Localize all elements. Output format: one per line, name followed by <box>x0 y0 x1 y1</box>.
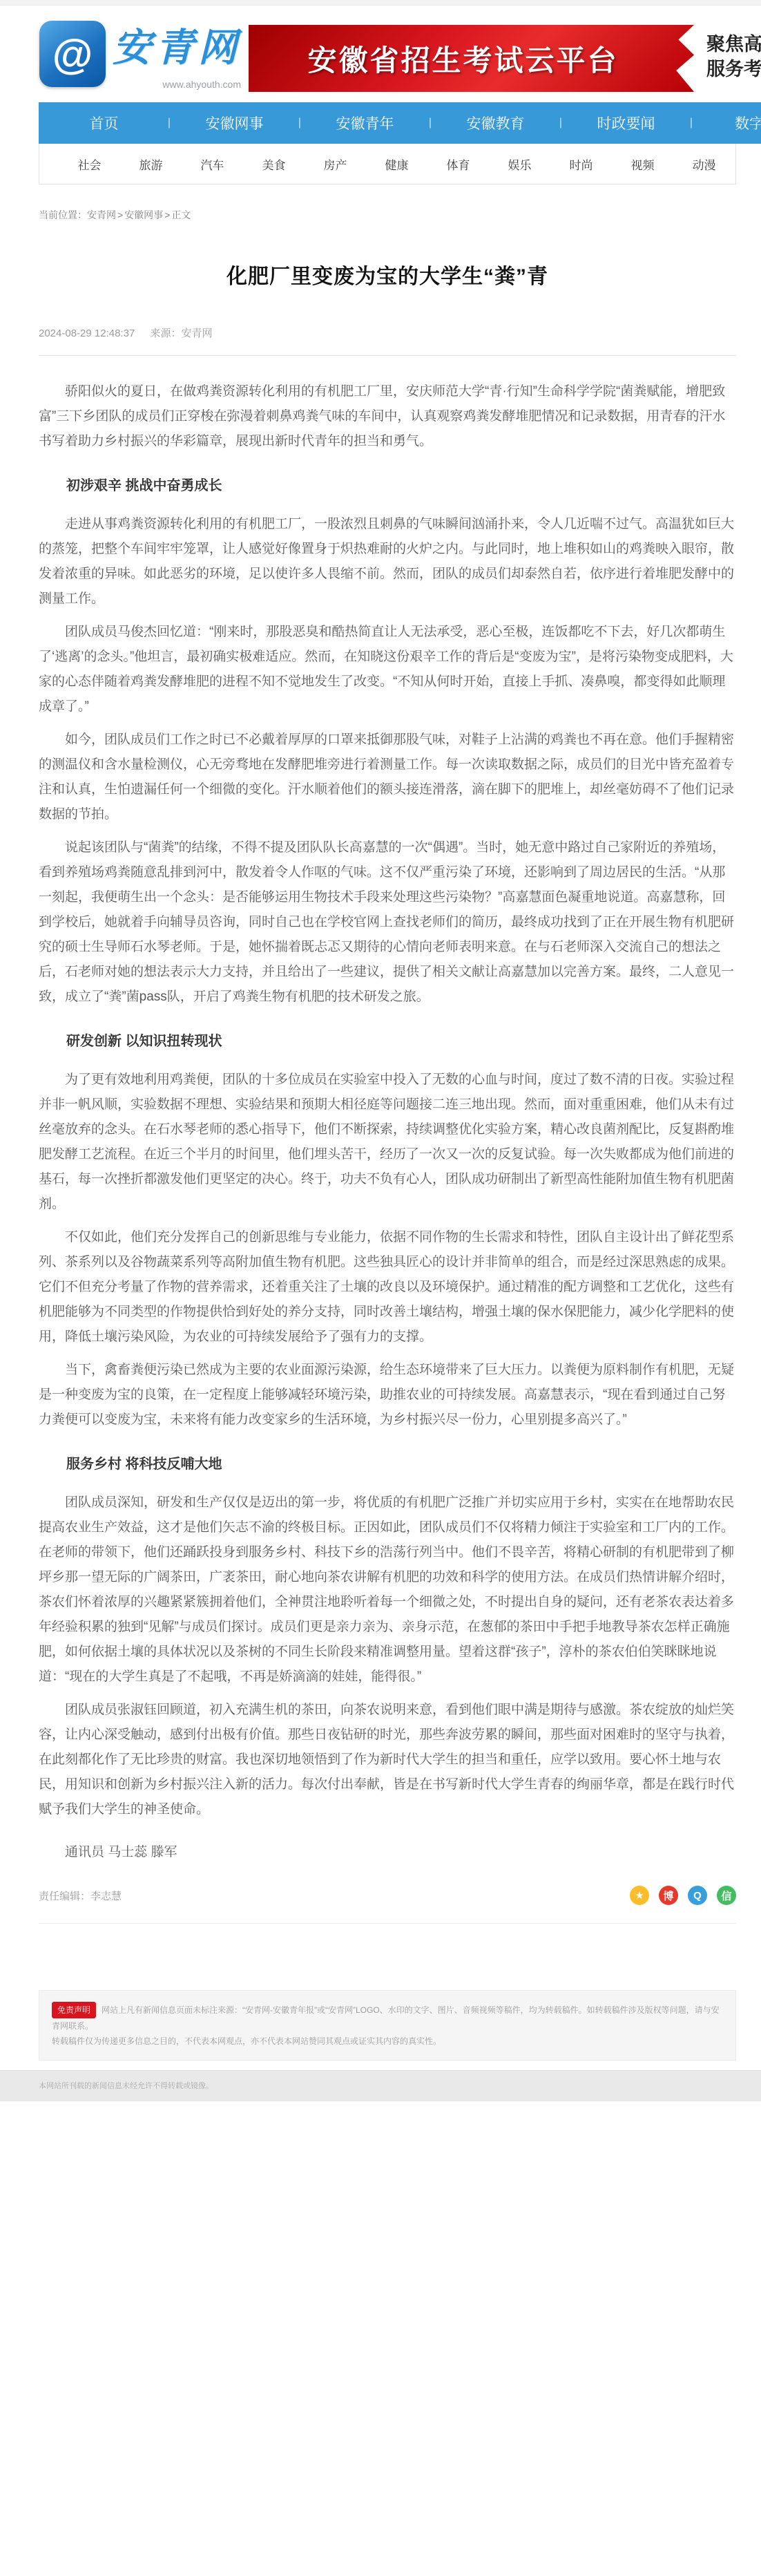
article-paragraph: 走进从事鸡粪资源转化利用的有机肥工厂，一股浓烈且刺鼻的气味瞬间汹涌扑来，令人几近… <box>39 512 736 612</box>
article-paragraph: 服务乡村 将科技反哺大地 <box>39 1452 736 1477</box>
sub-nav-item[interactable]: 动漫 <box>673 155 735 173</box>
article-date: 2024-08-29 12:48:37 <box>39 328 135 339</box>
disclaimer-box: 免责声明网站上凡有新闻信息页面未标注来源：“安青网-安徽青年报”或“安青网”LO… <box>39 1990 736 2061</box>
site-name: 安青网 <box>113 21 241 75</box>
disclaimer-line-1: 网站上凡有新闻信息页面未标注来源：“安青网-安徽青年报”或“安青网”LOGO、水… <box>52 2005 720 2031</box>
slogan-line-2: 服务考生 <box>706 57 761 82</box>
main-nav-item[interactable]: 数字报 <box>691 113 761 133</box>
main-nav-item[interactable]: 安徽青年 <box>300 113 430 133</box>
sub-nav: 社会 旅游 汽车 美食 房产 健康 体育 娱乐 时尚 视频 动漫 <box>39 144 736 184</box>
breadcrumb-links: 安青网安徽网事正文 <box>87 209 191 220</box>
logo-text: 安青网 www.ahyouth.com <box>113 21 241 90</box>
sub-nav-item[interactable]: 社会 <box>59 155 120 173</box>
article-paragraph: 团队成员马俊杰回忆道：“刚来时，那股恶臭和酷热简直让人无法承受，恶心至极，连饭都… <box>39 620 736 719</box>
article-paragraph: 团队成员张淑钰回顾道，初入充满生机的茶田，向茶农说明来意，看到他们眼中满是期待与… <box>39 1698 736 1822</box>
article-meta: 2024-08-29 12:48:37 来源：安青网 <box>39 325 736 356</box>
breadcrumb-link[interactable]: 安青网 <box>87 209 116 220</box>
breadcrumb: 当前位置：安青网安徽网事正文 <box>39 208 736 222</box>
main-nav-item[interactable]: 安徽教育 <box>430 113 561 133</box>
sub-nav-item[interactable]: 时尚 <box>550 155 612 173</box>
article-source: 来源：安青网 <box>150 328 212 339</box>
article-title: 化肥厂里变废为宝的大学生“粪”青 <box>39 259 736 290</box>
share-icon-qq[interactable]: Q <box>688 1886 707 1905</box>
disclaimer-line-2: 转载稿件仅为传递更多信息之目的，不代表本网观点，亦不代表本网站赞同其观点或证实其… <box>52 2034 723 2049</box>
breadcrumb-link[interactable]: 正文 <box>163 209 191 220</box>
share-icon-sina-weibo[interactable]: 博 <box>659 1886 678 1905</box>
banner-title: 安徽省招生考试云平台 <box>307 38 635 79</box>
sub-nav-item[interactable]: 视频 <box>612 155 673 173</box>
breadcrumb-link[interactable]: 安徽网事 <box>116 209 163 220</box>
sub-nav-item[interactable]: 体育 <box>427 155 489 173</box>
breadcrumb-label: 当前位置： <box>39 209 87 220</box>
article-paragraph: 不仅如此，他们充分发挥自己的创新思维与专业能力，依据不同作物的生长需求和特性，团… <box>39 1225 736 1349</box>
article-paragraph: 如今，团队成员们工作之时已不必戴着厚厚的口罩来抵御那股气味，对鞋子上沾满的鸡粪也… <box>39 728 736 827</box>
sub-nav-item[interactable]: 汽车 <box>182 155 243 173</box>
main-nav: 首页 安徽网事 安徽青年 安徽教育 时政要闻 数字报 <box>39 102 761 144</box>
site-logo[interactable]: @ 安青网 www.ahyouth.com <box>39 21 241 90</box>
article-paragraph: 研发创新 以知识扭转现状 <box>39 1029 736 1054</box>
sub-nav-item[interactable]: 房产 <box>305 155 366 173</box>
sub-nav-item[interactable]: 美食 <box>243 155 305 173</box>
logo-at-icon: @ <box>39 21 106 87</box>
article-paragraph: 为了更有效地利用鸡粪便，团队的十多位成员在实验室中投入了无数的心血与时间，度过了… <box>39 1068 736 1217</box>
sub-nav-item[interactable]: 旅游 <box>120 155 182 173</box>
banner-slogan: 聚焦高考 服务考生 <box>706 32 761 82</box>
slogan-line-1: 聚焦高考 <box>706 32 761 57</box>
article-paragraph: 当下，禽畜粪便污染已然成为主要的农业面源污染源，给生态环境带来了巨大压力。以粪便… <box>39 1358 736 1432</box>
footer-strip-text: 本网站所刊载的新闻信息未经允许不得转载或镜像。 <box>39 2079 722 2093</box>
sub-nav-item[interactable]: 娱乐 <box>489 155 550 173</box>
main-nav-item[interactable]: 安徽网事 <box>169 113 300 133</box>
site-url: www.ahyouth.com <box>162 79 241 90</box>
content-wrapper: 当前位置：安青网安徽网事正文 化肥厂里变废为宝的大学生“粪”青 2024-08-… <box>39 208 736 1924</box>
share-bar: ★ 博 Q 信 <box>630 1886 736 1905</box>
article-paragraph: 初涉艰辛 挑战中奋勇成长 <box>39 473 736 498</box>
article-body: 骄阳似火的夏日，在做鸡粪资源转化利用的有机肥工厂里，安庆师范大学“青·行知”生命… <box>39 379 736 1865</box>
article-paragraph: 说起该团队与“菌粪”的结缘，不得不提及团队队长高嘉慧的一次“偶遇”。当时，她无意… <box>39 835 736 1010</box>
sub-nav-item[interactable]: 健康 <box>366 155 427 173</box>
article-paragraph: 通讯员 马士蕊 滕军 <box>39 1840 736 1865</box>
article-paragraph: 团队成员深知，研发和生产仅仅是迈出的第一步，将优质的有机肥广泛推广并切实应用于乡… <box>39 1490 736 1689</box>
disclaimer-tag: 免责声明 <box>52 2002 96 2018</box>
page: { "colors": { "nav_blue": "#3899d9", "ba… <box>0 0 761 2576</box>
article-paragraph: 骄阳似火的夏日，在做鸡粪资源转化利用的有机肥工厂里，安庆师范大学“青·行知”生命… <box>39 379 736 454</box>
share-icon-favorite[interactable]: ★ <box>630 1886 649 1905</box>
exam-platform-banner[interactable]: 安徽省招生考试云平台 <box>249 25 694 92</box>
top-strip <box>0 0 761 6</box>
main-nav-item[interactable]: 首页 <box>39 113 169 133</box>
site-header: @ 安青网 www.ahyouth.com 安徽省招生考试云平台 聚焦高考 服务… <box>0 6 761 102</box>
editor-label: 责任编辑：李志慧 <box>39 1888 122 1903</box>
footer-strip: 本网站所刊载的新闻信息未经允许不得转载或镜像。 <box>0 2070 761 2101</box>
editor-row: 责任编辑：李志慧 ★ 博 Q 信 <box>39 1886 736 1924</box>
share-icon-wechat[interactable]: 信 <box>717 1886 736 1905</box>
main-nav-item[interactable]: 时政要闻 <box>561 113 691 133</box>
